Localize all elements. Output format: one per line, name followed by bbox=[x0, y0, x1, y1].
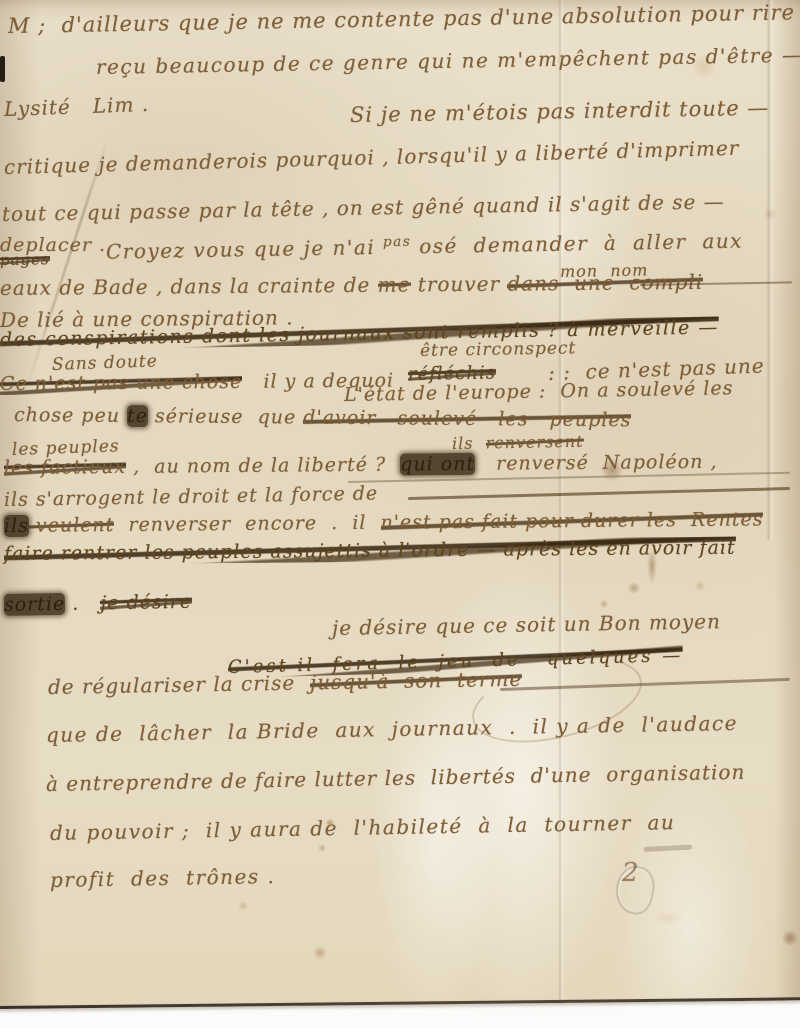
crossed-out-segment: je désire bbox=[100, 591, 192, 615]
text-segment: reçu beaucoup de ce genre qui ne m'empêc… bbox=[96, 43, 800, 79]
manuscript-line: ils renversent bbox=[452, 432, 584, 453]
manuscript-line: profit des trônes . bbox=[50, 864, 276, 892]
manuscript-line: Ce n'est pas une chose il y a dequoi bbox=[0, 369, 401, 394]
text-segment: ils s'arrogent le droit et la force de bbox=[4, 482, 379, 511]
text-segment: renversé Napoléon , bbox=[475, 451, 718, 475]
text-segment: tout ce qui passe par la tête , on est g… bbox=[2, 189, 725, 226]
text-segment: Croyez vous que je n'ai bbox=[106, 235, 383, 264]
text-segment: , au nom de la liberté ? bbox=[126, 454, 400, 478]
text-segment: sérieuse que bbox=[148, 405, 304, 428]
ink-blot-segment: te bbox=[127, 405, 148, 427]
crossed-out-segment: me bbox=[378, 272, 411, 296]
crossed-out-segment: Ce n'est pas une chose bbox=[0, 371, 242, 395]
manuscript-line: que de lâcher la Bride aux journaux . il… bbox=[46, 711, 738, 747]
text-segment: à entreprendre de faire lutter les liber… bbox=[46, 760, 746, 796]
crossed-out-segment: veulent bbox=[29, 514, 115, 537]
manuscript-line: reçu beaucoup de ce genre qui ne m'empêc… bbox=[96, 43, 800, 79]
text-segment: critique je demanderois pourquoi , lorsq… bbox=[4, 136, 740, 179]
manuscript-line: L'état de l'europe : On a soulevé les bbox=[344, 377, 734, 406]
manuscript-line: M ; d'ailleurs que je ne me contente pas… bbox=[8, 0, 800, 38]
crossed-out-segment: faire rentrer les peuples assujettis à l… bbox=[4, 537, 736, 565]
pen-stroke bbox=[644, 844, 692, 852]
manuscript-line: être circonspect bbox=[420, 338, 577, 361]
text-segment: pas bbox=[383, 234, 412, 250]
text-segment: trouver bbox=[410, 272, 507, 297]
text-segment: 2 bbox=[622, 858, 639, 888]
text-segment: Lysité Lim . bbox=[4, 92, 150, 121]
text-segment: je désire que ce soit un Bon moyen bbox=[332, 609, 721, 640]
manuscript-line: Si je ne m'étois pas interdit toute — bbox=[350, 96, 770, 127]
crossed-out-segment: n'est pas fait pour durer les Rentes bbox=[380, 508, 763, 533]
pen-stroke bbox=[408, 487, 790, 499]
manuscript-line: chose peu te sérieuse que d'avoir soulev… bbox=[14, 404, 632, 431]
text-segment: profit des trônes . bbox=[50, 864, 276, 892]
text-segment: du pouvoir ; il y aura de l'habileté à l… bbox=[50, 810, 676, 845]
crossed-out-segment: renversent bbox=[485, 432, 583, 453]
manuscript-line: je désire que ce soit un Bon moyen bbox=[332, 609, 721, 640]
crossed-out-segment: d'avoir soulevé les peuples bbox=[303, 407, 631, 432]
manuscript-line: 2 bbox=[622, 858, 639, 888]
text-segment: Si je ne m'étois pas interdit toute — bbox=[350, 96, 770, 127]
text-segment: osé demander à aller aux bbox=[411, 229, 743, 259]
text-segment: ils bbox=[452, 433, 486, 453]
manuscript-line: faire rentrer les peuples assujettis à l… bbox=[4, 537, 736, 565]
text-segment: de régulariser la crise bbox=[48, 670, 310, 699]
manuscript-text-layer: M ; d'ailleurs que je ne me contente pas… bbox=[0, 0, 800, 1028]
text-segment: renverser encore . il bbox=[114, 512, 380, 536]
manuscript-line: à entreprendre de faire lutter les liber… bbox=[46, 760, 746, 796]
manuscript-line: critique je demanderois pourquoi , lorsq… bbox=[4, 136, 740, 179]
text-segment: . bbox=[65, 592, 101, 615]
manuscript-line: sortie . je désire bbox=[4, 591, 193, 616]
manuscript-line: ils veulent renverser encore . il n'est … bbox=[4, 508, 764, 537]
manuscript-line: pages bbox=[0, 250, 50, 269]
manuscript-line: tout ce qui passe par la tête , on est g… bbox=[2, 189, 725, 226]
scanned-letter-page: M ; d'ailleurs que je ne me contente pas… bbox=[0, 0, 800, 1028]
ink-blot-segment: ils bbox=[4, 515, 29, 537]
text-segment: que de lâcher la Bride aux journaux . il… bbox=[46, 711, 738, 747]
text-segment: M ; d'ailleurs que je ne me contente pas… bbox=[8, 0, 800, 38]
ink-blot-segment: qui ont bbox=[400, 453, 475, 476]
text-segment: eaux de Bade , dans la crainte de bbox=[0, 273, 378, 300]
manuscript-line: Lysité Lim . bbox=[4, 92, 150, 121]
manuscript-line: Croyez vous que je n'ai pas osé demander… bbox=[106, 228, 743, 264]
text-segment: L'état de l'europe : On a soulevé les bbox=[344, 377, 734, 406]
crossed-out-segment: les factieux bbox=[4, 456, 126, 479]
text-segment: être circonspect bbox=[420, 338, 577, 361]
manuscript-line: ils s'arrogent le droit et la force de bbox=[4, 482, 379, 511]
manuscript-line: eaux de Bade , dans la crainte de me tro… bbox=[0, 270, 703, 300]
manuscript-line: de régulariser la crise jusqu'à son term… bbox=[48, 667, 523, 699]
crossed-out-segment: pages bbox=[0, 250, 50, 269]
manuscript-line: du pouvoir ; il y aura de l'habileté à l… bbox=[50, 810, 676, 845]
ink-blot-segment: sortie bbox=[4, 593, 66, 616]
text-segment: chose peu bbox=[14, 404, 127, 427]
